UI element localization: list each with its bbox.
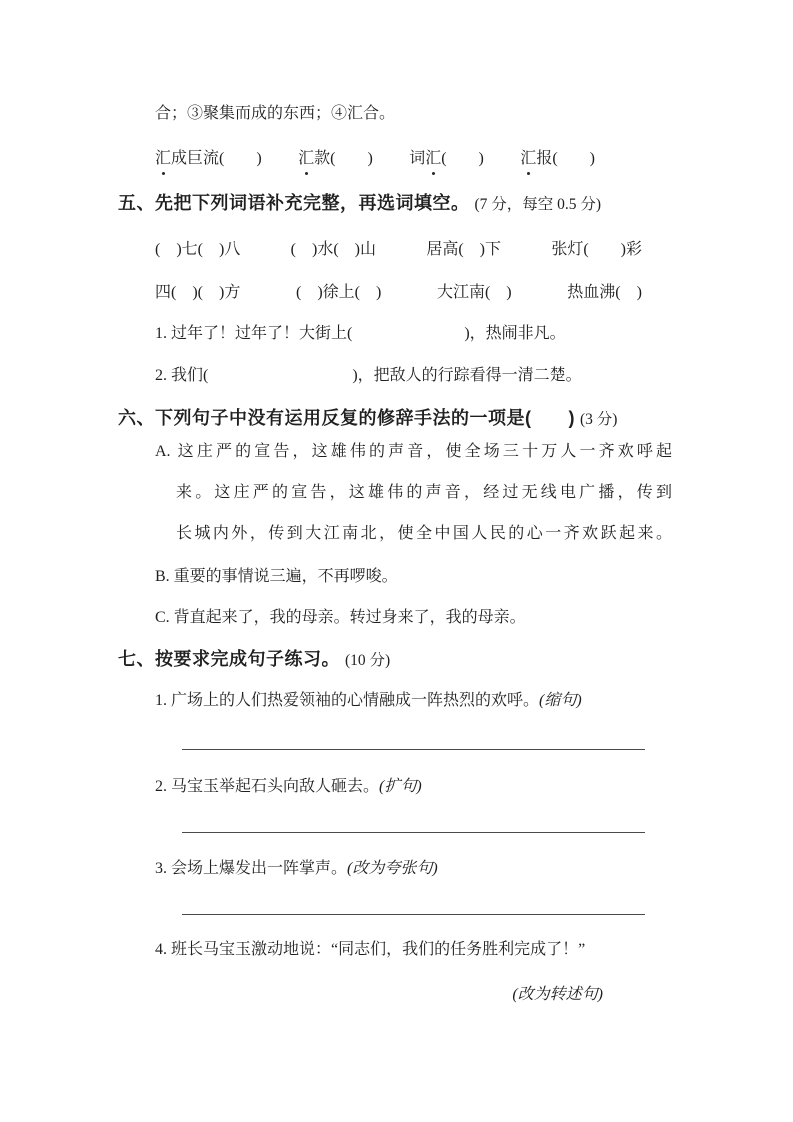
word-blank-item: ( )七( )八 bbox=[155, 238, 240, 262]
emphasized-char: 汇 bbox=[155, 147, 171, 171]
emphasized-char: 汇 bbox=[520, 147, 536, 171]
answer-line bbox=[182, 832, 645, 833]
section-7-score: (10 分) bbox=[345, 652, 390, 669]
emphasized-char: 汇 bbox=[298, 147, 314, 171]
emphasized-char: 汇 bbox=[425, 147, 441, 171]
rewrite-type-label: (缩句) bbox=[539, 692, 582, 709]
section-7-number: 七、 bbox=[118, 649, 155, 669]
section-7-title: 按要求完成句子练习。 bbox=[155, 649, 340, 669]
section-5-title: 先把下列词语补充完整，再选词填空。 bbox=[155, 193, 470, 213]
hui-word-row: 汇成巨流( ) 汇款( ) 词汇( ) 汇报( ) bbox=[155, 147, 595, 171]
rewrite-question-2: 2. 马宝玉举起石头向敌人砸去。(扩句) bbox=[155, 775, 422, 799]
section-7-header: 七、按要求完成句子练习。(10 分) bbox=[118, 647, 390, 673]
word-blank-item: ( )徐上( ) bbox=[296, 281, 381, 305]
rewrite-type-label: (扩句) bbox=[379, 778, 422, 795]
rewrite-type-note: (改为转述句) bbox=[512, 983, 603, 1007]
option-a-line-2: 来。这庄严的宣告，这雄伟的声音，经过无线电广播，传到 bbox=[176, 481, 672, 505]
section-5-score: (7 分，每空 0.5 分) bbox=[475, 196, 602, 213]
option-c: C. 背直起来了，我的母亲。转过身来了，我的母亲。 bbox=[155, 606, 526, 630]
fill-question-1: 1. 过年了！过年了！大街上( )，热闹非凡。 bbox=[155, 322, 566, 346]
answer-line bbox=[182, 914, 645, 915]
word-blank-item: ( )水( )山 bbox=[291, 238, 376, 262]
option-b: B. 重要的事情说三遍，不再啰唆。 bbox=[155, 565, 398, 589]
section-6-header: 六、下列句子中没有运用反复的修辞手法的一项是( )(3 分) bbox=[118, 406, 617, 432]
section-5-number: 五、 bbox=[118, 193, 155, 213]
word-bank-row: ( )七( )八 ( )水( )山 居高( )下 张灯( )彩 bbox=[155, 238, 642, 262]
fill-question-2: 2. 我们( )，把敌人的行踪看得一清二楚。 bbox=[155, 364, 582, 388]
section-6-title: 下列句子中没有运用反复的修辞手法的一项是( ) bbox=[155, 408, 575, 428]
hui-word-item: 汇款( ) bbox=[298, 147, 373, 171]
hui-word-item: 词汇( ) bbox=[409, 147, 484, 171]
section-6-number: 六、 bbox=[118, 408, 155, 428]
word-blank-item: 张灯( )彩 bbox=[551, 238, 642, 262]
section-5-header: 五、先把下列词语补充完整，再选词填空。(7 分，每空 0.5 分) bbox=[118, 191, 601, 217]
section-6-score: (3 分) bbox=[580, 411, 617, 428]
word-blank-item: 四( )( )方 bbox=[155, 281, 240, 305]
rewrite-question-1: 1. 广场上的人们热爱领袖的心情融成一阵热烈的欢呼。(缩句) bbox=[155, 689, 582, 713]
rewrite-question-4: 4. 班长马宝玉激动地说：“同志们，我们的任务胜利完成了！” bbox=[155, 938, 585, 962]
option-a-line-1: A. 这庄严的宣告，这雄伟的声音，使全场三十万人一齐欢呼起 bbox=[155, 440, 672, 464]
definition-line: 合；③聚集而成的东西；④汇合。 bbox=[155, 102, 395, 126]
answer-line bbox=[182, 749, 645, 750]
exam-paper-page: 合；③聚集而成的东西；④汇合。 汇成巨流( ) 汇款( ) 词汇( ) 汇报( … bbox=[0, 0, 793, 1122]
word-blank-item: 大江南( ) bbox=[437, 281, 512, 305]
hui-word-item: 汇报( ) bbox=[520, 147, 595, 171]
hui-word-item: 汇成巨流( ) bbox=[155, 147, 262, 171]
option-a-line-3: 长城内外，传到大江南北，使全中国人民的心一齐欢跃起来。 bbox=[176, 522, 672, 546]
rewrite-type-label: (改为夸张句) bbox=[347, 860, 438, 877]
rewrite-question-3: 3. 会场上爆发出一阵掌声。(改为夸张句) bbox=[155, 857, 438, 881]
word-blank-item: 居高( )下 bbox=[426, 238, 501, 262]
word-bank-row: 四( )( )方 ( )徐上( ) 大江南( ) 热血沸( ) bbox=[155, 281, 642, 305]
word-blank-item: 热血沸( ) bbox=[567, 281, 642, 305]
